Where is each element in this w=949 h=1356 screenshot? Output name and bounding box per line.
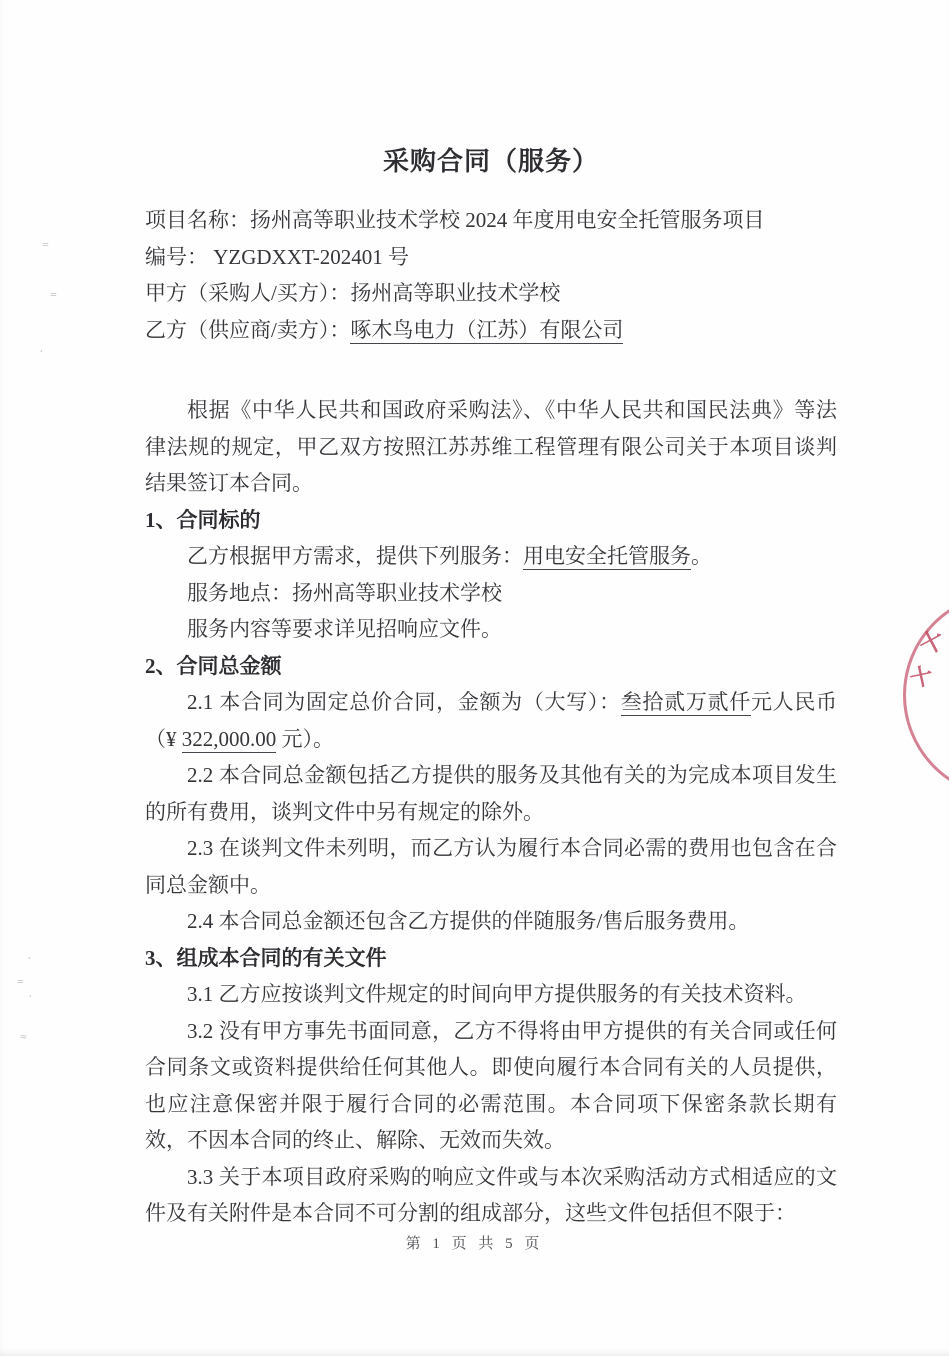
paragraph: 3.1 乙方应按谈判文件规定的时间向甲方提供服务的有关技术资料。 — [145, 976, 837, 1013]
stamp-text-fragment: 十 — [916, 627, 949, 661]
field-label: 甲方（采购人/买方）： — [145, 281, 350, 305]
underlined-text: 叁拾贰万贰仟 — [621, 690, 751, 716]
field-value: 啄木鸟电力（江苏）有限公司 — [350, 318, 623, 344]
underlined-text: 322,000.00 — [182, 727, 277, 753]
paragraph: 服务内容等要求详见招响应文件。 — [145, 611, 837, 648]
paragraph: 2.3 在谈判文件未列明，而乙方认为履行本合同必需的费用也包含在合同总金额中。 — [145, 830, 837, 903]
page-title: 采购合同（服务） — [145, 146, 837, 178]
paragraph: 3.3 关于本项目政府采购的响应文件或与本次采购活动方式相适应的文件及有关附件是… — [145, 1159, 837, 1232]
text-segment: 。 — [691, 544, 712, 568]
page-number-footer: 第 1 页 共 5 页 — [0, 1232, 949, 1253]
field-value: 扬州高等职业技术学校 2024 年度用电安全托管服务项目 — [250, 208, 765, 232]
text-segment: 2.3 在谈判文件未列明，而乙方认为履行本合同必需的费用也包含在合同总金额中。 — [145, 836, 837, 897]
field-value: YZGDXXT-202401 号 — [208, 245, 409, 269]
scan-artifact: · — [26, 954, 33, 964]
paragraph: 2.2 本合同总金额包括乙方提供的服务及其他有关的为完成本项目发生的所有费用，谈… — [145, 757, 837, 830]
meta-row: 乙方（供应商/卖方）：啄木鸟电力（江苏）有限公司 — [145, 312, 837, 349]
paragraph: 2.4 本合同总金额还包含乙方提供的伴随服务/售后服务费用。 — [145, 903, 837, 940]
contract-page: 采购合同（服务） 项目名称：扬州高等职业技术学校 2024 年度用电安全托管服务… — [0, 0, 949, 1356]
paragraph: 2.1 本合同为固定总价合同，金额为（大写）：叁拾贰万贰仟元人民币（¥ 322,… — [145, 684, 837, 757]
scan-artifact: = — [50, 290, 57, 300]
text-segment: 2.2 本合同总金额包括乙方提供的服务及其他有关的为完成本项目发生的所有费用，谈… — [145, 763, 837, 824]
scan-artifact: · — [27, 992, 34, 1002]
text-segment: 2.4 本合同总金额还包含乙方提供的伴随服务/售后服务费用。 — [187, 909, 749, 933]
text-segment: 3.2 没有甲方事先书面同意，乙方不得将由甲方提供的有关合同或任何合同条文或资料… — [145, 1019, 837, 1153]
field-label: 编号： — [145, 245, 208, 269]
field-value: 扬州高等职业技术学校 — [350, 281, 560, 305]
paragraph: 乙方根据甲方需求，提供下列服务：用电安全托管服务。 — [145, 538, 837, 575]
text-segment: 2、合同总金额 — [145, 654, 282, 678]
text-segment: 根据《中华人民共和国政府采购法》、《中华人民共和国民法典》等法律法规的规定，甲乙… — [145, 398, 837, 495]
field-label: 乙方（供应商/卖方）： — [145, 318, 350, 342]
meta-row: 编号： YZGDXXT-202401 号 — [145, 239, 837, 276]
page-content: 采购合同（服务） 项目名称：扬州高等职业技术学校 2024 年度用电安全托管服务… — [145, 0, 837, 1232]
field-label: 项目名称： — [145, 208, 250, 232]
text-segment: 服务内容等要求详见招响应文件。 — [187, 617, 502, 641]
red-seal-partial-icon: 十 十 — [903, 592, 949, 798]
scan-artifact: · — [38, 347, 45, 357]
text-segment: 3.1 乙方应按谈判文件规定的时间向甲方提供服务的有关技术资料。 — [187, 982, 807, 1006]
section-heading: 1、合同标的 — [145, 502, 837, 539]
paragraph: 3.2 没有甲方事先书面同意，乙方不得将由甲方提供的有关合同或任何合同条文或资料… — [145, 1013, 837, 1159]
text-segment: 2.1 本合同为固定总价合同，金额为（大写）： — [187, 690, 621, 714]
scan-artifact: = — [17, 977, 24, 987]
section-heading: 2、合同总金额 — [145, 648, 837, 685]
body-blocks: 根据《中华人民共和国政府采购法》、《中华人民共和国民法典》等法律法规的规定，甲乙… — [145, 392, 837, 1232]
paragraph: 服务地点：扬州高等职业技术学校 — [145, 575, 837, 612]
text-segment: 1、合同标的 — [145, 508, 261, 532]
text-segment: 乙方根据甲方需求，提供下列服务： — [187, 544, 523, 568]
text-segment: 元）。 — [276, 727, 334, 751]
section-heading: 3、组成本合同的有关文件 — [145, 940, 837, 977]
text-segment: 3.3 关于本项目政府采购的响应文件或与本次采购活动方式相适应的文件及有关附件是… — [145, 1165, 837, 1226]
text-segment: 服务地点：扬州高等职业技术学校 — [187, 581, 502, 605]
stamp-text-fragment: 十 — [908, 663, 936, 692]
text-segment: 3、组成本合同的有关文件 — [145, 946, 387, 970]
scan-artifact: = — [42, 240, 49, 250]
underlined-text: 用电安全托管服务 — [523, 544, 691, 570]
meta-row: 甲方（采购人/买方）：扬州高等职业技术学校 — [145, 275, 837, 312]
meta-fields: 项目名称：扬州高等职业技术学校 2024 年度用电安全托管服务项目编号： YZG… — [145, 202, 837, 348]
meta-row: 项目名称：扬州高等职业技术学校 2024 年度用电安全托管服务项目 — [145, 202, 837, 239]
scan-artifact: ≈ — [20, 1032, 27, 1042]
paragraph: 根据《中华人民共和国政府采购法》、《中华人民共和国民法典》等法律法规的规定，甲乙… — [145, 392, 837, 502]
